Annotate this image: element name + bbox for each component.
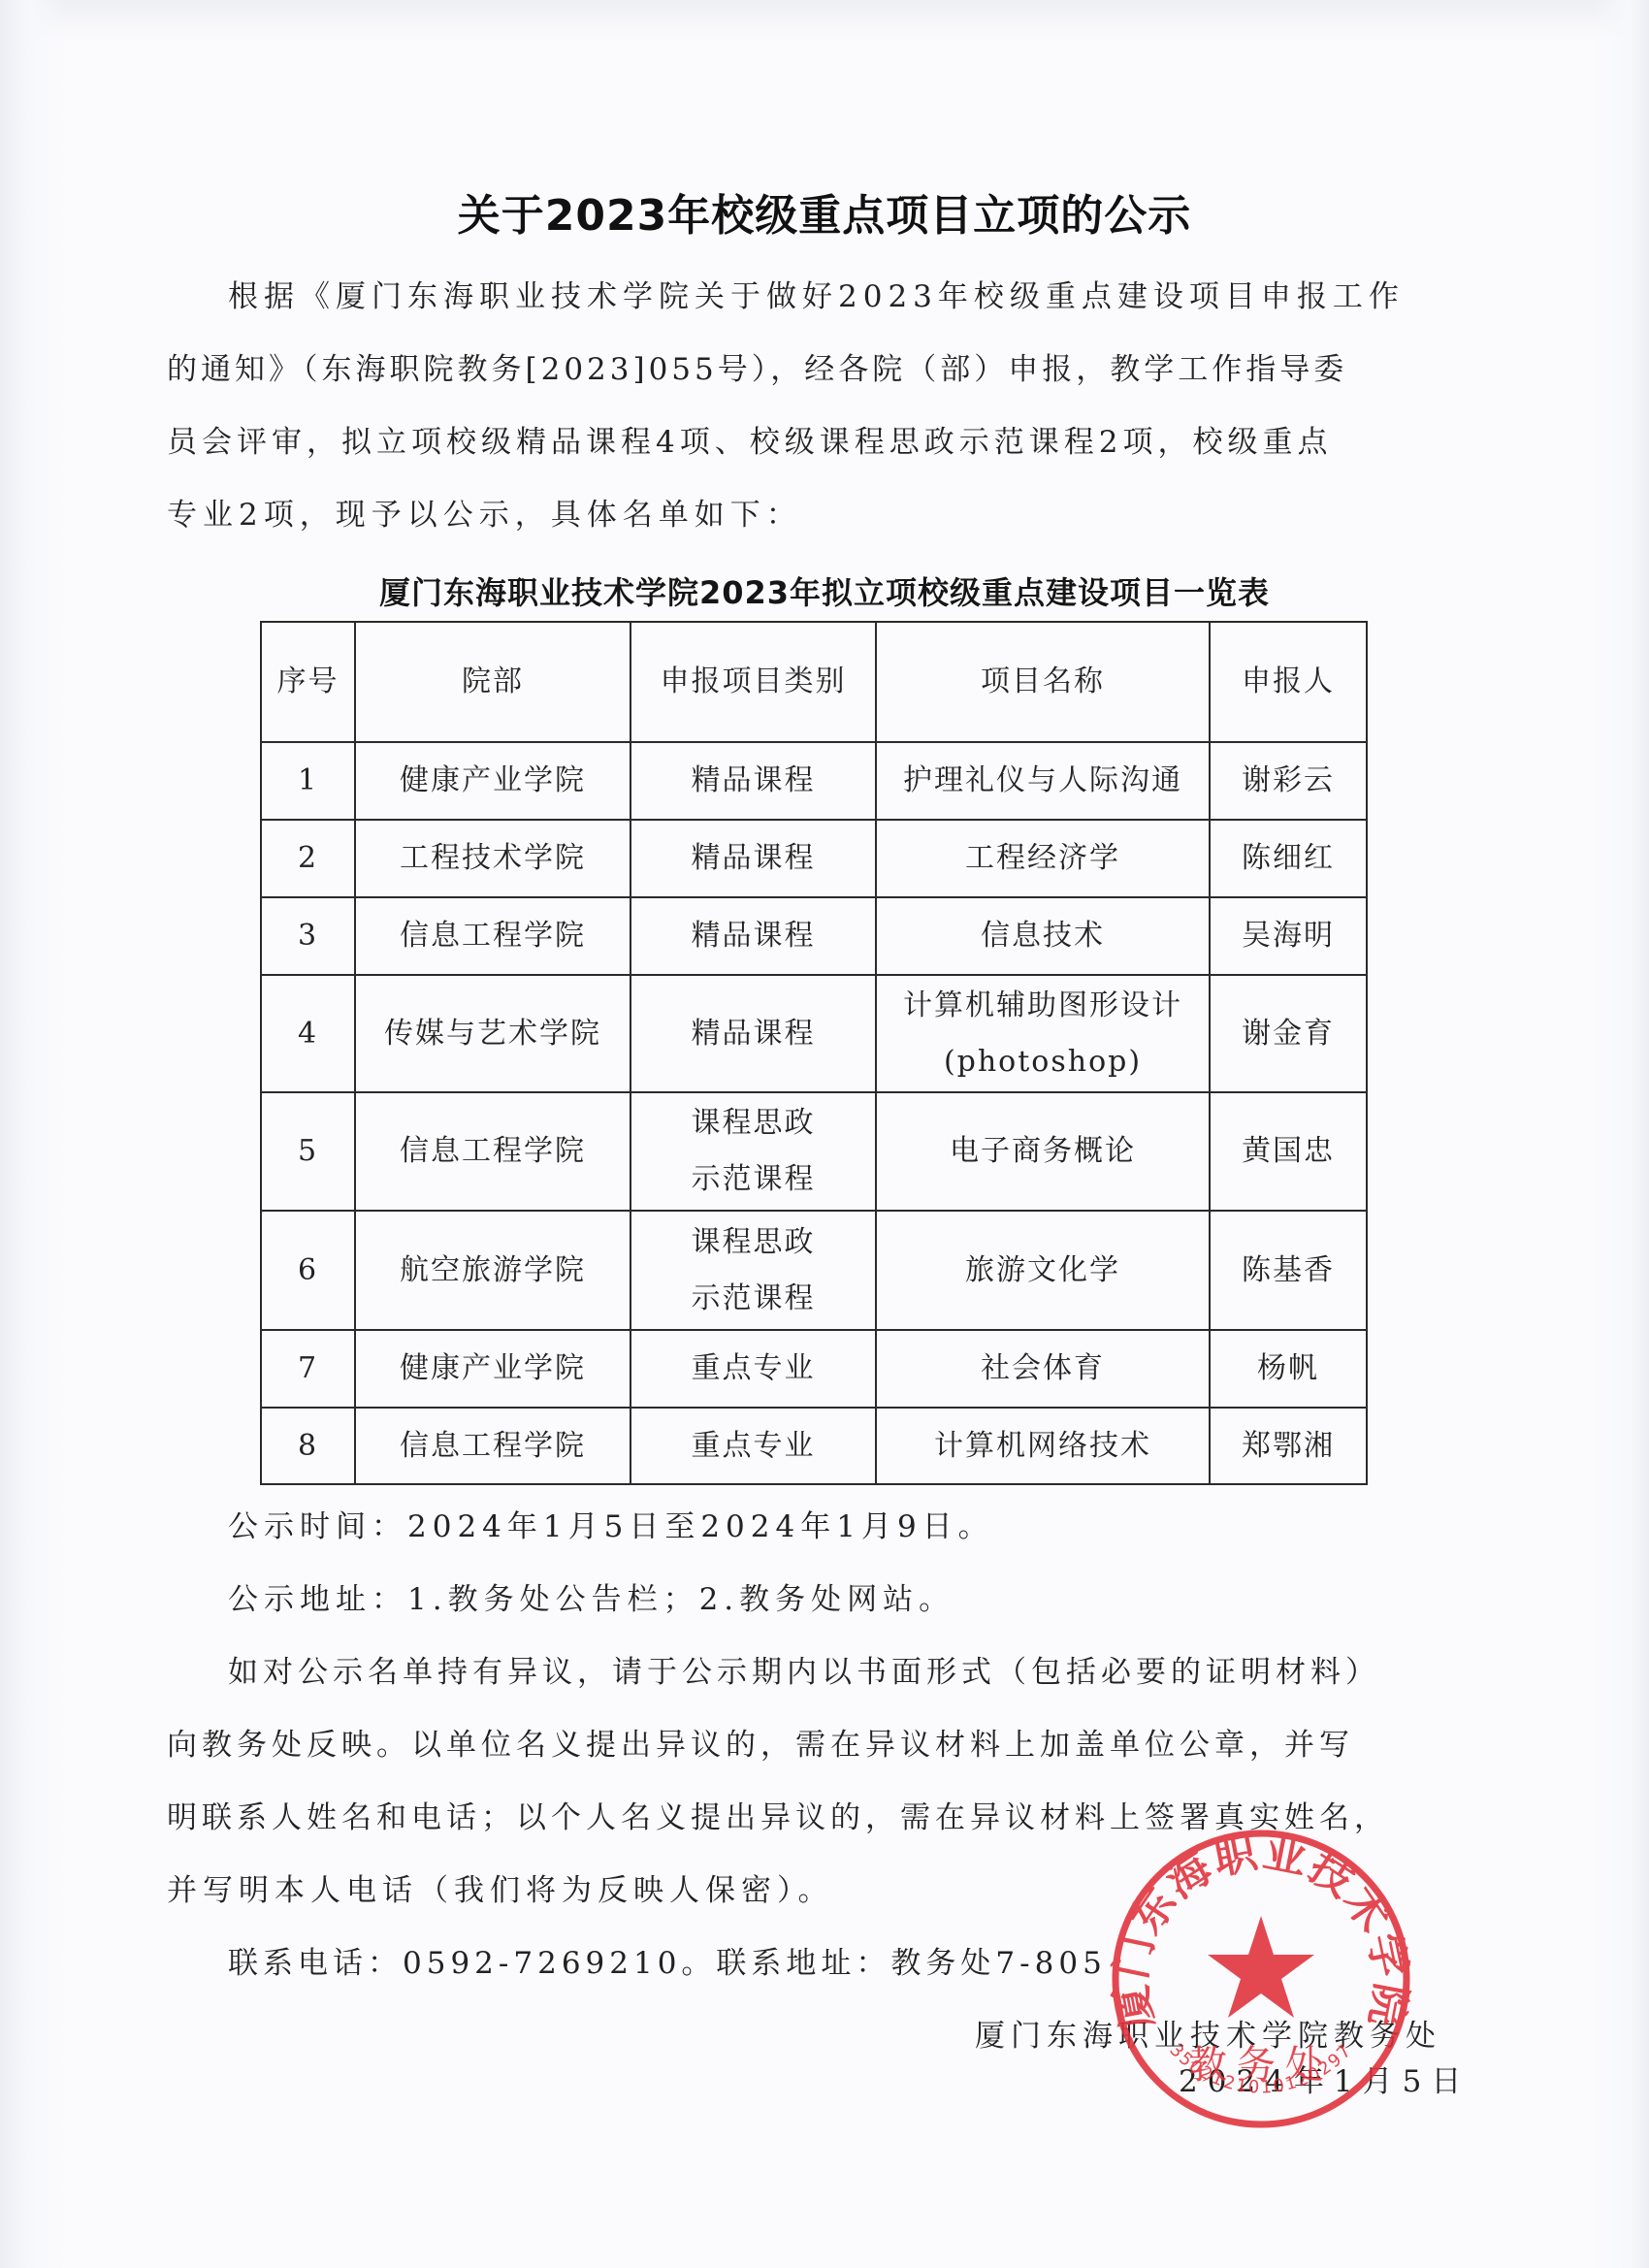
intro-line-2: 的通知》（东海职院教务[2023]055号），经各院（部）申报，教学工作指导委 [167, 344, 1347, 388]
signature-date: 2024年1月5日 [1179, 2057, 1471, 2100]
cell-dept: 健康产业学院 [355, 1330, 630, 1408]
intro-line-3: 员会评审，拟立项校级精品课程4项、校级课程思政示范课程2项，校级重点 [167, 417, 1332, 461]
cell-applicant: 陈细红 [1210, 820, 1367, 897]
cell-applicant: 黄国忠 [1210, 1092, 1367, 1211]
contact-info: 联系电话：0592-7269210。联系地址：教务处7-805 [228, 1938, 1107, 1982]
cell-applicant: 杨帆 [1210, 1330, 1367, 1408]
objection-line-3: 明联系人姓名和电话；以个人名义提出异议的，需在异议材料上签署真实姓名， [167, 1793, 1389, 1836]
header-no: 序号 [261, 622, 355, 742]
cell-dept: 传媒与艺术学院 [355, 975, 630, 1092]
header-dept: 院部 [355, 622, 630, 742]
cell-category-line2: 示范课程 [631, 1271, 875, 1327]
cell-category: 精品课程 [630, 820, 876, 897]
cell-name: 计算机辅助图形设计 (photoshop) [876, 975, 1210, 1092]
cell-dept: 信息工程学院 [355, 897, 630, 975]
cell-category: 精品课程 [630, 742, 876, 820]
table-row: 3 信息工程学院 精品课程 信息技术 吴海明 [261, 897, 1367, 975]
cell-category: 重点专业 [630, 1408, 876, 1484]
cell-no: 2 [261, 820, 355, 897]
cell-no: 6 [261, 1211, 355, 1330]
cell-no: 5 [261, 1092, 355, 1211]
table-row: 8 信息工程学院 重点专业 计算机网络技术 郑鄂湘 [261, 1408, 1367, 1484]
header-category: 申报项目类别 [630, 622, 876, 742]
intro-line-1: 根据《厦门东海职业技术学院关于做好2023年校级重点建设项目申报工作 [228, 272, 1405, 315]
table-row: 7 健康产业学院 重点专业 社会体育 杨帆 [261, 1330, 1367, 1408]
cell-dept: 信息工程学院 [355, 1092, 630, 1211]
table-row: 6 航空旅游学院 课程思政 示范课程 旅游文化学 陈基香 [261, 1211, 1367, 1330]
cell-applicant: 谢金育 [1210, 975, 1367, 1092]
cell-category-line1: 课程思政 [631, 1095, 875, 1151]
cell-name: 电子商务概论 [876, 1092, 1210, 1211]
cell-applicant: 谢彩云 [1210, 742, 1367, 820]
svg-text:厦门东海职业技术学院: 厦门东海职业技术学院 [1106, 1828, 1415, 2032]
header-applicant: 申报人 [1210, 622, 1367, 742]
cell-applicant: 陈基香 [1210, 1211, 1367, 1330]
intro-line-4: 专业2项，现予以公示，具体名单如下： [167, 490, 802, 534]
cell-name: 工程经济学 [876, 820, 1210, 897]
cell-name-line1: 计算机辅助图形设计 [877, 978, 1209, 1034]
cell-category: 精品课程 [630, 975, 876, 1092]
project-table: 序号 院部 申报项目类别 项目名称 申报人 1 健康产业学院 精品课程 护理礼仪… [260, 621, 1368, 1485]
cell-no: 1 [261, 742, 355, 820]
cell-category-line2: 示范课程 [631, 1151, 875, 1208]
cell-name: 护理礼仪与人际沟通 [876, 742, 1210, 820]
document-title: 关于2023年校级重点项目立项的公示 [0, 180, 1649, 243]
signature-org: 厦门东海职业技术学院教务处 [975, 2011, 1441, 2055]
objection-line-4: 并写明本人电话（我们将为反映人保密）。 [167, 1865, 834, 1909]
header-name: 项目名称 [876, 622, 1210, 742]
cell-no: 3 [261, 897, 355, 975]
table-row: 4 传媒与艺术学院 精品课程 计算机辅助图形设计 (photoshop) 谢金育 [261, 975, 1367, 1092]
cell-category: 重点专业 [630, 1330, 876, 1408]
cell-applicant: 吴海明 [1210, 897, 1367, 975]
cell-dept: 工程技术学院 [355, 820, 630, 897]
cell-applicant: 郑鄂湘 [1210, 1408, 1367, 1484]
cell-name: 社会体育 [876, 1330, 1210, 1408]
table-row: 5 信息工程学院 课程思政 示范课程 电子商务概论 黄国忠 [261, 1092, 1367, 1211]
cell-category: 课程思政 示范课程 [630, 1092, 876, 1211]
table-row: 2 工程技术学院 精品课程 工程经济学 陈细红 [261, 820, 1367, 897]
cell-category: 课程思政 示范课程 [630, 1211, 876, 1330]
objection-line-2: 向教务处反映。以单位名义提出异议的，需在异议材料上加盖单位公章，并写 [167, 1720, 1354, 1764]
cell-dept: 信息工程学院 [355, 1408, 630, 1484]
table-header-row: 序号 院部 申报项目类别 项目名称 申报人 [261, 622, 1367, 742]
objection-line-1: 如对公示名单持有异议，请于公示期内以书面形式（包括必要的证明材料） [228, 1647, 1380, 1691]
cell-category-line1: 课程思政 [631, 1215, 875, 1271]
publicity-period: 公示时间：2024年1月5日至2024年1月9日。 [228, 1502, 994, 1545]
publicity-location: 公示地址：1.教务处公告栏；2.教务处网站。 [228, 1574, 954, 1618]
table-row: 1 健康产业学院 精品课程 护理礼仪与人际沟通 谢彩云 [261, 742, 1367, 820]
cell-dept: 航空旅游学院 [355, 1211, 630, 1330]
cell-no: 4 [261, 975, 355, 1092]
table-title: 厦门东海职业技术学院2023年拟立项校级重点建设项目一览表 [0, 568, 1649, 613]
cell-no: 7 [261, 1330, 355, 1408]
cell-name-line2: (photoshop) [877, 1034, 1209, 1090]
cell-dept: 健康产业学院 [355, 742, 630, 820]
cell-name: 计算机网络技术 [876, 1408, 1210, 1484]
cell-category: 精品课程 [630, 897, 876, 975]
seal-outer-text: 厦门东海职业技术学院 [1106, 1828, 1415, 2032]
cell-name: 信息技术 [876, 897, 1210, 975]
cell-no: 8 [261, 1408, 355, 1484]
cell-name: 旅游文化学 [876, 1211, 1210, 1330]
